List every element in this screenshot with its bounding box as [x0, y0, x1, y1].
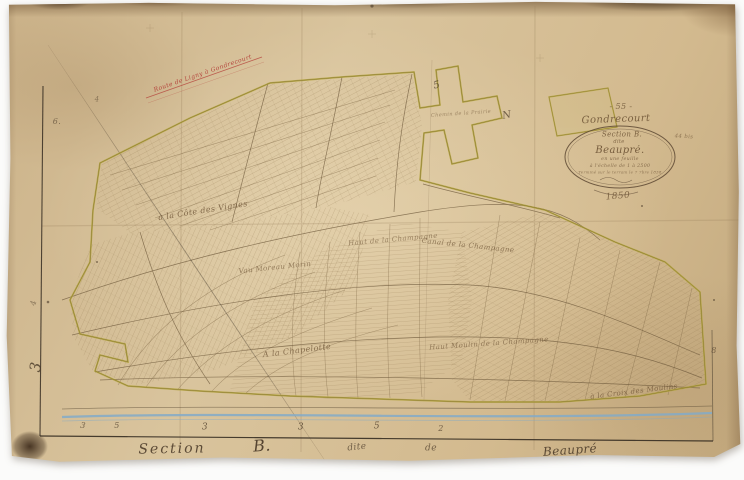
- margin-mark: 3: [80, 422, 87, 431]
- paper-shadow: Route de Ligny à Gondrecourt à la Côte d…: [0, 0, 744, 480]
- margin-mark: 5: [374, 423, 380, 432]
- department-number: - 55 -: [609, 103, 632, 111]
- cartouche-feuille: en une feuille: [601, 157, 639, 162]
- margin-mark: 3: [298, 424, 304, 433]
- cartouche-name: Beaupré.: [595, 146, 644, 156]
- margin-name: Beaupré: [543, 442, 598, 458]
- pencil-mark: 4: [95, 97, 100, 104]
- margin-mark: 4: [30, 300, 39, 307]
- margin-mark: 2: [438, 425, 444, 433]
- neatline-left: [40, 86, 43, 436]
- paper-sheet: Route de Ligny à Gondrecourt à la Côte d…: [0, 0, 744, 480]
- cartouche-side-note: 44 bis: [675, 134, 694, 140]
- scanned-cadastral-map: Route de Ligny à Gondrecourt à la Côte d…: [0, 0, 744, 480]
- cartouche-section: Section B.: [602, 132, 642, 139]
- pencil-mark: 6.: [53, 118, 61, 126]
- neatline-bottom: [40, 436, 713, 441]
- cartouche-echelle: à l'échelle de 1 à 2500: [590, 164, 651, 169]
- stream-line: [62, 406, 712, 421]
- cartouche-terminee: Terminé sur le terrain le 7 7bre 1838: [578, 171, 661, 175]
- margin-section-letter: B.: [253, 437, 272, 454]
- pencil-mark: N: [502, 110, 513, 121]
- small-parcel-outline: [549, 88, 617, 136]
- margin-section-word: Section: [138, 441, 205, 456]
- margin-mark: 3: [202, 424, 208, 433]
- cartouche-dite: dite: [613, 139, 624, 144]
- margin-mark: 5: [114, 422, 120, 430]
- pencil-mark: 8: [711, 347, 717, 355]
- margin-de: de: [425, 445, 437, 454]
